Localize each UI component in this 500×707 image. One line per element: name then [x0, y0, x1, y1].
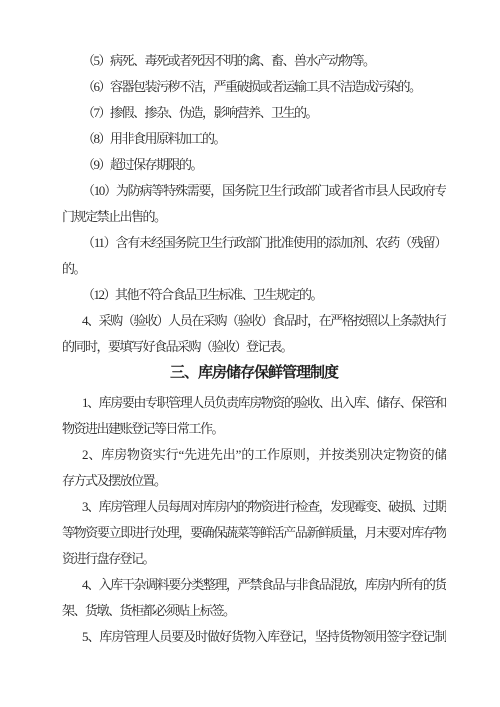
text-line: 门规定禁止出售的。	[62, 204, 446, 230]
text-line: 的同时，要填写好食品采购（验收）登记表。	[62, 334, 446, 360]
text-line: （12）其他不符合食品卫生标准、卫生规定的。	[62, 282, 446, 308]
text-line: （8）用非食用原料加工的。	[62, 126, 446, 152]
text-line: 资进行盘存登记。	[62, 546, 446, 572]
section-heading: 三、库房储存保鲜管理制度	[62, 360, 446, 386]
text-line: 物资进出建账登记等日常工作。	[62, 416, 446, 442]
text-line: 1、库房要由专职管理人员负责库房物资的验收、出入库、储存、保管和	[62, 390, 446, 416]
text-line: 4、采购（验收）人员在采购（验收）食品时，在严格按照以上条款执行	[62, 308, 446, 334]
text-line: （7）掺假、掺杂、伪造，影响营养、卫生的。	[62, 100, 446, 126]
text-line: 的。	[62, 256, 446, 282]
text-line: （9）超过保存期限的。	[62, 152, 446, 178]
text-line: （10）为防病等特殊需要，国务院卫生行政部门或者省市县人民政府专	[62, 178, 446, 204]
text-line: 3、库房管理人员每周对库房内的物资进行检查，发现霉变、破损、过期	[62, 494, 446, 520]
text-line: 2、库房物资实行“先进先出”的工作原则，并按类别决定物资的储	[62, 442, 446, 468]
text-line: （11）含有未经国务院卫生行政部门批准使用的添加剂、农药（残留）	[62, 230, 446, 256]
text-line: 存方式及摆放位置。	[62, 468, 446, 494]
document-body: （5）病死、毒死或者死因不明的禽、畜、兽水产动物等。（6）容器包装污秽不洁，严重…	[62, 48, 446, 650]
text-line: （6）容器包装污秽不洁，严重破损或者运输工具不洁造成污染的。	[62, 74, 446, 100]
text-line: 等物资要立即进行处理，要确保蔬菜等鲜活产品新鲜质量，月末要对库存物	[62, 520, 446, 546]
text-line: 5、库房管理人员要及时做好货物入库登记，坚持货物领用签字登记制度，	[62, 624, 446, 650]
text-line: 架、货墩、货柜都必须贴上标签。	[62, 598, 446, 624]
document-page: （5）病死、毒死或者死因不明的禽、畜、兽水产动物等。（6）容器包装污秽不洁，严重…	[0, 0, 500, 707]
text-line: （5）病死、毒死或者死因不明的禽、畜、兽水产动物等。	[62, 48, 446, 74]
text-line: 4、入库干杂调料要分类整理，严禁食品与非食品混放，库房内所有的货	[62, 572, 446, 598]
